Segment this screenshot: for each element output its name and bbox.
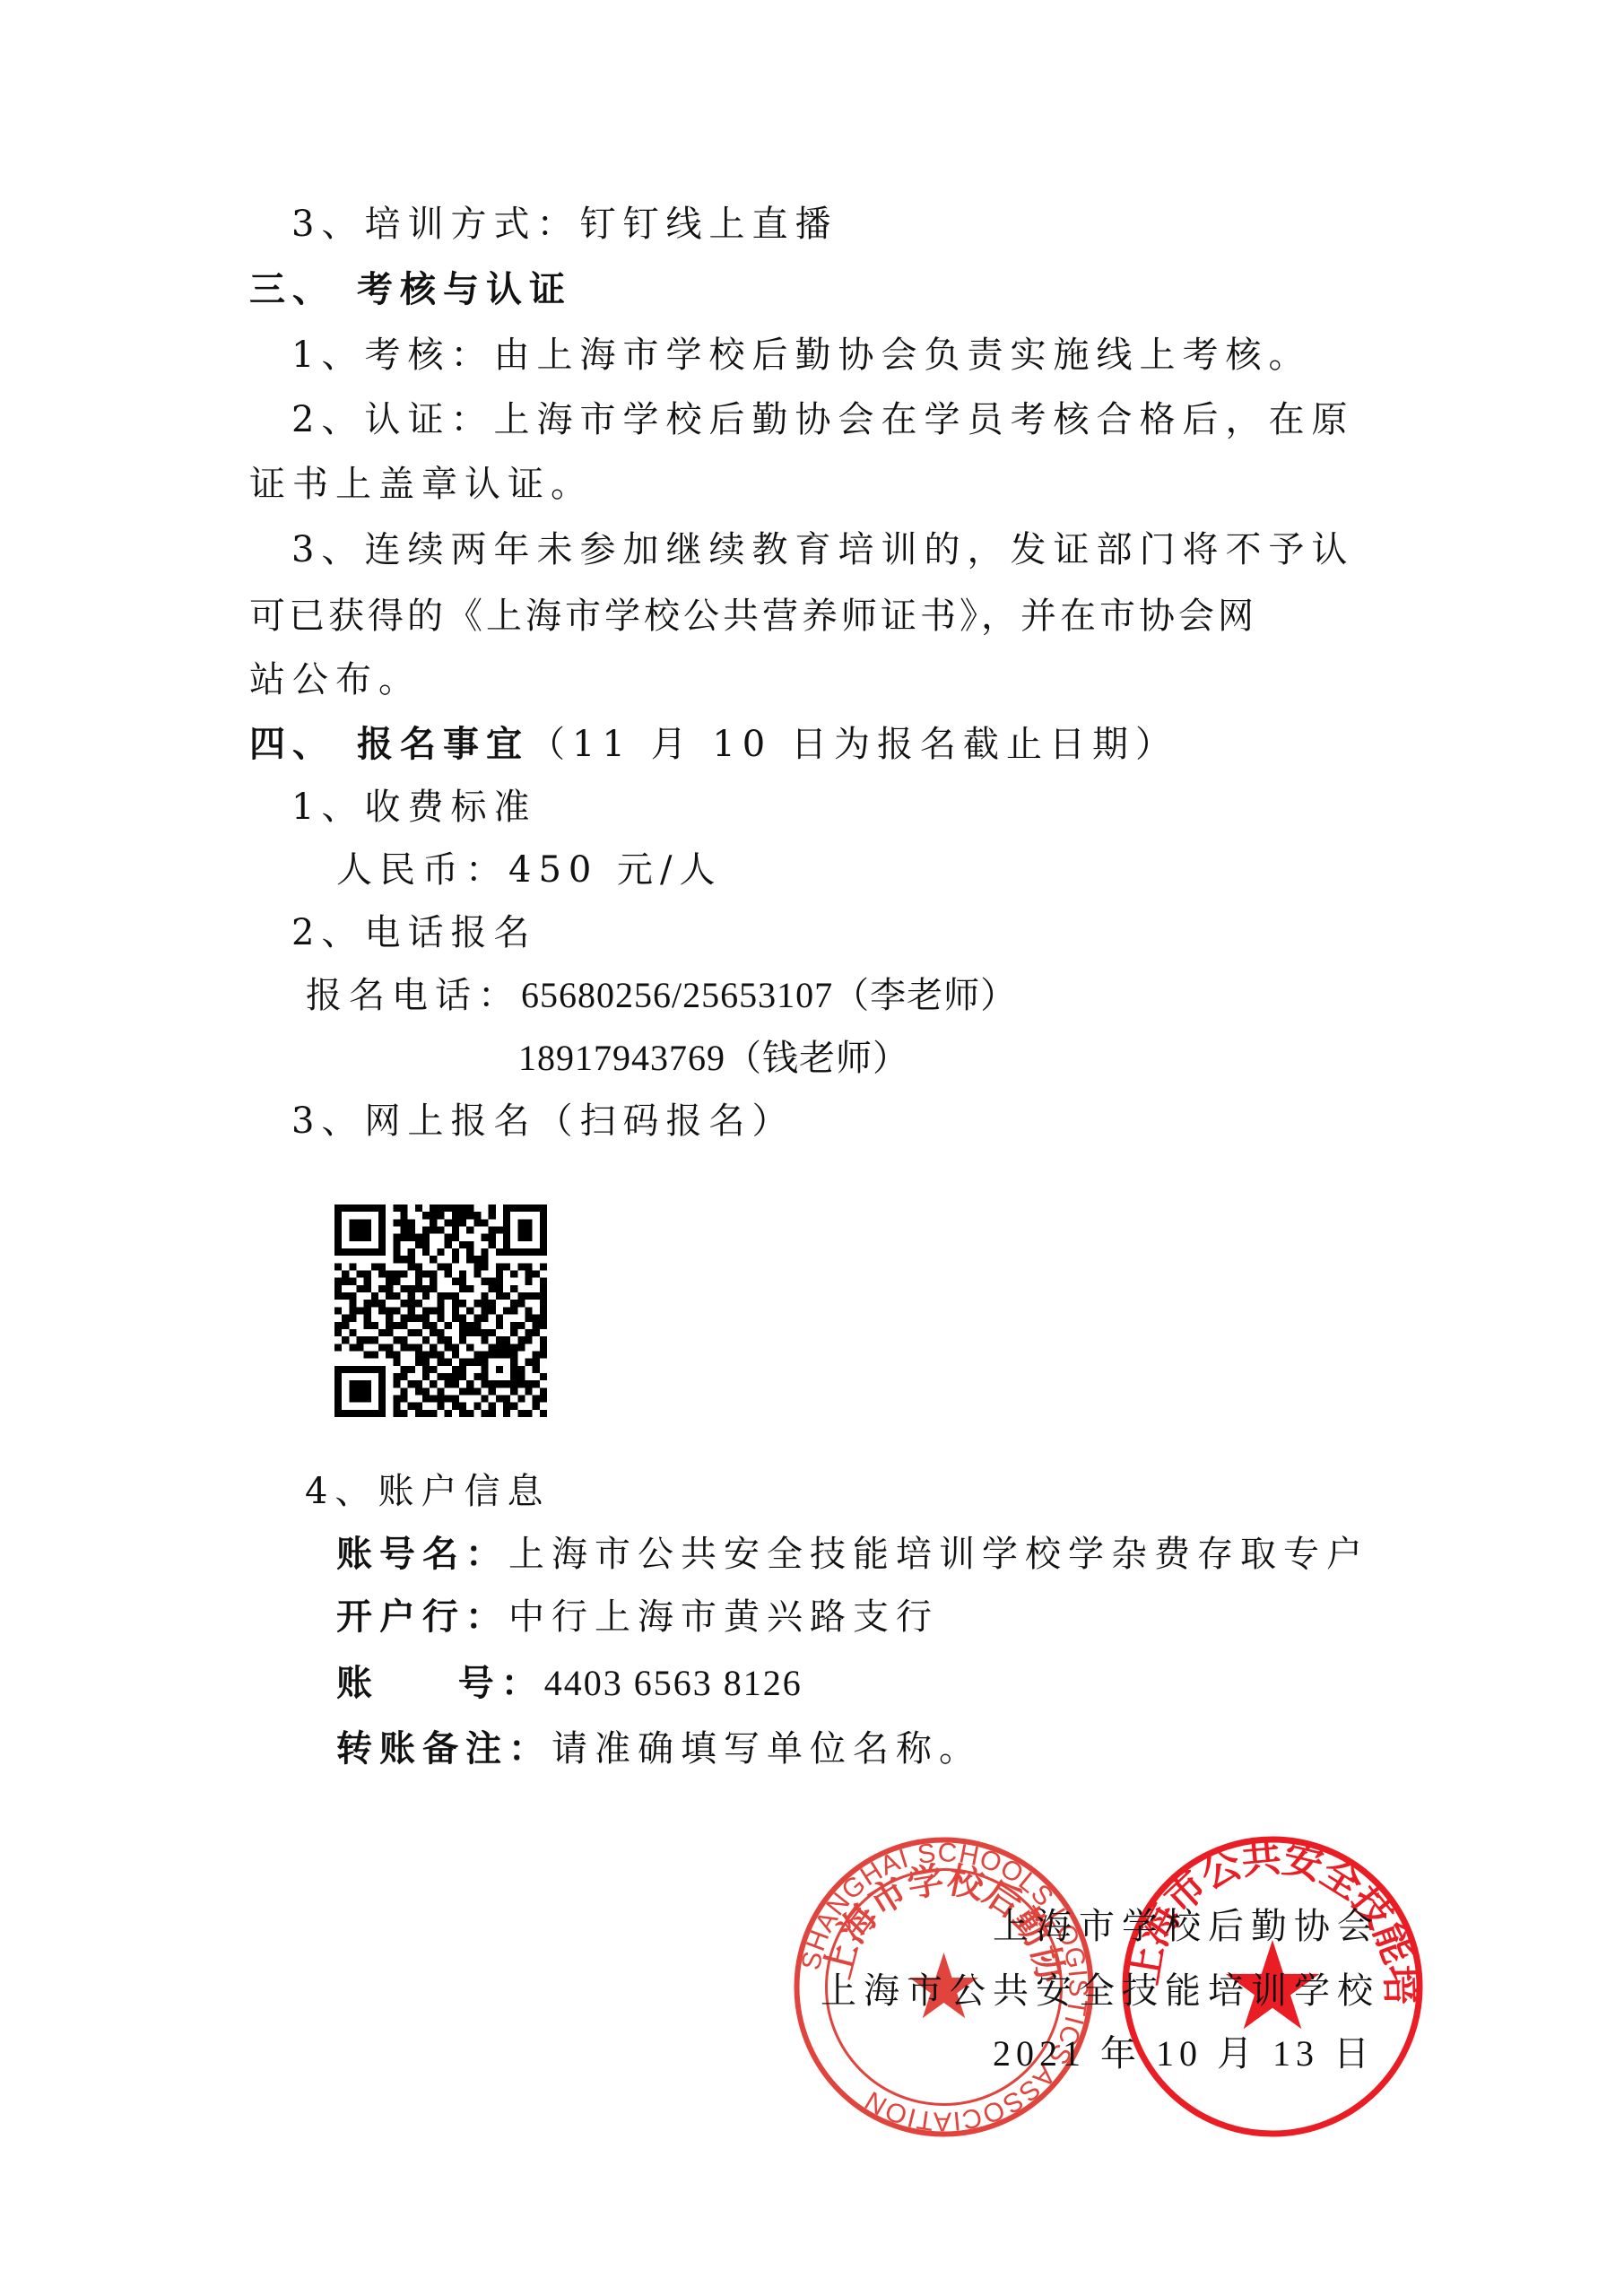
signature-date: 2021 年 10 月 13 日 xyxy=(993,2032,1375,2075)
signature-org2: 上海市公共安全技能培训学校 xyxy=(821,1970,1380,2013)
transfer-remark-label: 转账备注： xyxy=(336,1728,551,1770)
online-registration-title: 3、网上报名（扫码报名） xyxy=(291,1100,795,1143)
account-number-value: 4403 6563 8126 xyxy=(544,1663,803,1703)
phone-label: 报名电话： xyxy=(306,975,521,1016)
certification-item-line1: 2、认证：上海市学校后勤协会在学员考核合格后，在原 xyxy=(291,398,1354,441)
section3-heading: 三、考核与认证 xyxy=(249,268,572,311)
bank-label: 开户行： xyxy=(336,1596,508,1638)
section4-heading: 四、报名事宜（11 月 10 日为报名截止日期） xyxy=(249,723,1178,766)
fee-title: 1、收费标准 xyxy=(291,786,536,829)
bank-value: 中行上海市黄兴路支行 xyxy=(508,1596,939,1638)
section4-heading-number: 四、 xyxy=(249,724,335,765)
certification-item-line2: 证书上盖章认证。 xyxy=(249,463,594,506)
assessment-item: 1、考核：由上海市学校后勤协会负责实施线上考核。 xyxy=(291,334,1311,377)
signature-org1: 上海市学校后勤协会 xyxy=(993,1905,1380,1948)
section3-heading-title: 考核与认证 xyxy=(357,269,572,310)
qr-code-icon xyxy=(334,1205,547,1417)
account-name-label: 账号名： xyxy=(336,1534,508,1575)
fee-value: 人民币：450 元/人 xyxy=(336,848,723,891)
account-number-label: 账 号： xyxy=(336,1663,544,1704)
bank-row: 开户行：中行上海市黄兴路支行 xyxy=(336,1596,939,1639)
account-name-row: 账号名：上海市公共安全技能培训学校学杂费存取专户 xyxy=(336,1533,1369,1576)
training-method-item: 3、培训方式：钉钉线上直播 xyxy=(291,203,838,246)
phone-line-2: 18917943769（钱老师） xyxy=(518,1037,909,1080)
account-name-value: 上海市公共安全技能培训学校学杂费存取专户 xyxy=(508,1534,1369,1575)
transfer-remark-row: 转账备注：请准确填写单位名称。 xyxy=(336,1727,982,1770)
section4-heading-title: 报名事宜 xyxy=(357,724,529,765)
continuing-education-item-line3: 站公布。 xyxy=(249,658,421,701)
account-info-title: 4、账户信息 xyxy=(305,1470,550,1513)
phone-registration-title: 2、电话报名 xyxy=(291,911,536,954)
registration-deadline-note: （11 月 10 日为报名截止日期） xyxy=(529,724,1178,765)
continuing-education-item-line1: 3、连续两年未参加继续教育培训的，发证部门将不予认 xyxy=(291,528,1354,571)
phone-line-1: 报名电话：65680256/25653107（李老师） xyxy=(306,974,1017,1017)
section3-heading-number: 三、 xyxy=(249,269,335,310)
registration-qr-code[interactable] xyxy=(334,1205,547,1417)
transfer-remark-value: 请准确填写单位名称。 xyxy=(551,1728,982,1770)
continuing-education-item-line2: 可已获得的《上海市学校公共营养师证书》，并在市协会网 xyxy=(249,595,1257,638)
phone-number-li: 65680256/25653107（李老师） xyxy=(521,975,1017,1015)
account-number-row: 账 号：4403 6563 8126 xyxy=(336,1662,803,1705)
